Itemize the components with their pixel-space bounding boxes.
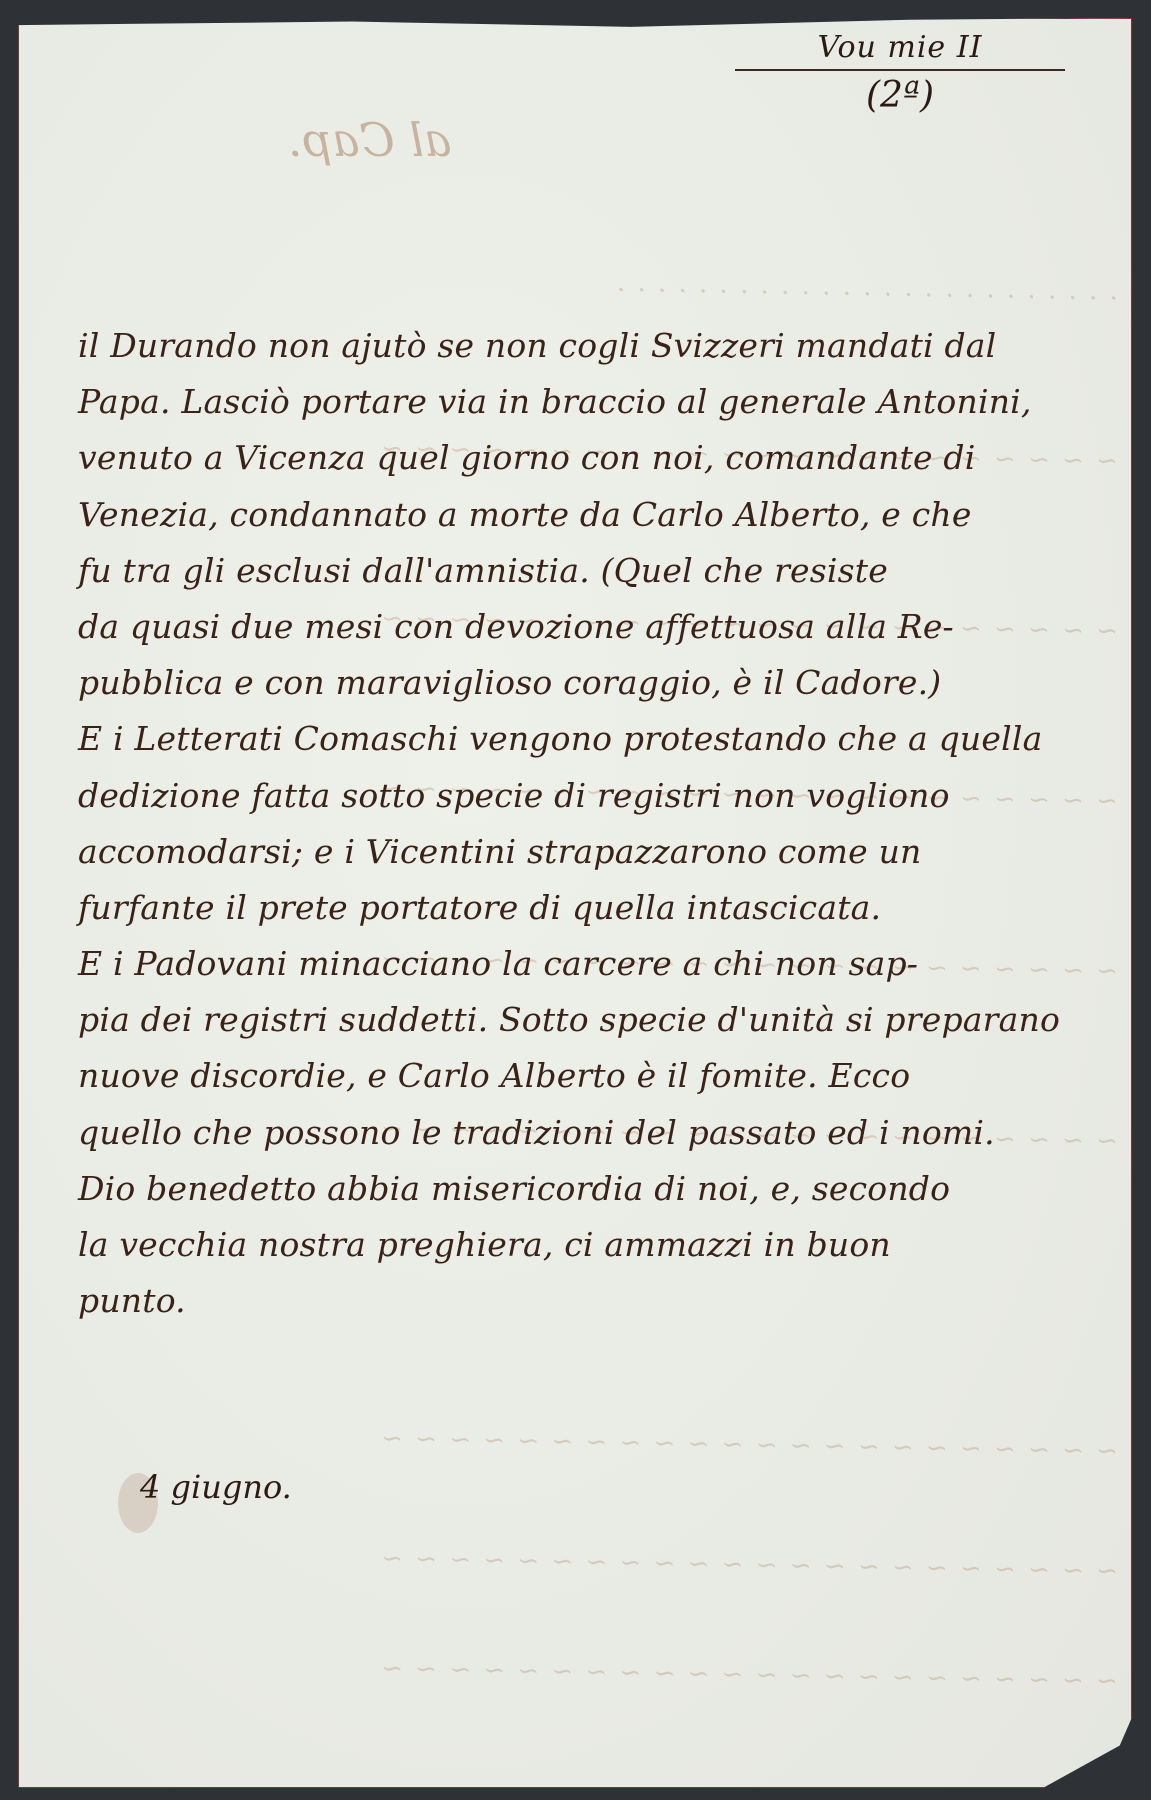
text-line: venuto a Vicenza quel giorno con noi, co…: [78, 430, 1108, 486]
text-line: il Durando non ajutò se non cogli Svizze…: [78, 318, 1108, 374]
text-line: Venezia, condannato a morte da Carlo Alb…: [78, 487, 1108, 543]
text-line: quello che possono le tradizioni del pas…: [78, 1105, 1108, 1161]
archive-reference: Vou mie II: [735, 30, 1065, 71]
letter-body: il Durando non ajutò se non cogli Svizze…: [78, 318, 1108, 1329]
page-header: Vou mie II (2ª): [735, 30, 1065, 116]
text-line: la vecchia nostra preghiera, ci ammazzi …: [78, 1217, 1108, 1273]
text-line: furfante il prete portatore di quella in…: [78, 880, 1108, 936]
page-number: (2ª): [735, 75, 1065, 116]
bleed-through-address: al Cap.: [288, 113, 451, 167]
bleed-through-line: ~ ~ ~ ~ ~ ~ ~ ~ ~ ~ ~ ~ ~ ~ ~ ~ ~ ~ ~ ~ …: [138, 1649, 1118, 1696]
text-line: Papa. Lasciò portare via in braccio al g…: [78, 374, 1108, 430]
bleed-through-line: ~ ~ ~ ~ ~ ~ ~ ~ ~ ~ ~ ~ ~ ~ ~ ~ ~ ~ ~ ~ …: [138, 1539, 1118, 1586]
bleed-through-line: . . . . . . . . . . . . . . . . . . . . …: [138, 259, 1118, 306]
text-line: da quasi due mesi con devozione affettuo…: [78, 599, 1108, 655]
text-line: accomodarsi; e i Vicentini strapazzarono…: [78, 824, 1108, 880]
text-line: pia dei registri suddetti. Sotto specie …: [78, 992, 1108, 1048]
text-line: E i Letterati Comaschi vengono protestan…: [78, 711, 1108, 767]
text-line: nuove discordie, e Carlo Alberto è il fo…: [78, 1048, 1108, 1104]
date-line: 4 giugno.: [140, 1468, 292, 1506]
text-line: Dio benedetto abbia misericordia di noi,…: [78, 1161, 1108, 1217]
text-line: pubblica e con maraviglioso coraggio, è …: [78, 655, 1108, 711]
text-line: fu tra gli esclusi dall'amnistia. (Quel …: [78, 543, 1108, 599]
text-line: dedizione fatta sotto specie di registri…: [78, 768, 1108, 824]
text-line: punto.: [78, 1273, 1108, 1329]
bleed-through-line: ~ ~ ~ ~ ~ ~ ~ ~ ~ ~ ~ ~ ~ ~ ~ ~ ~ ~ ~ ~ …: [138, 1419, 1118, 1466]
text-line: E i Padovani minacciano la carcere a chi…: [78, 936, 1108, 992]
